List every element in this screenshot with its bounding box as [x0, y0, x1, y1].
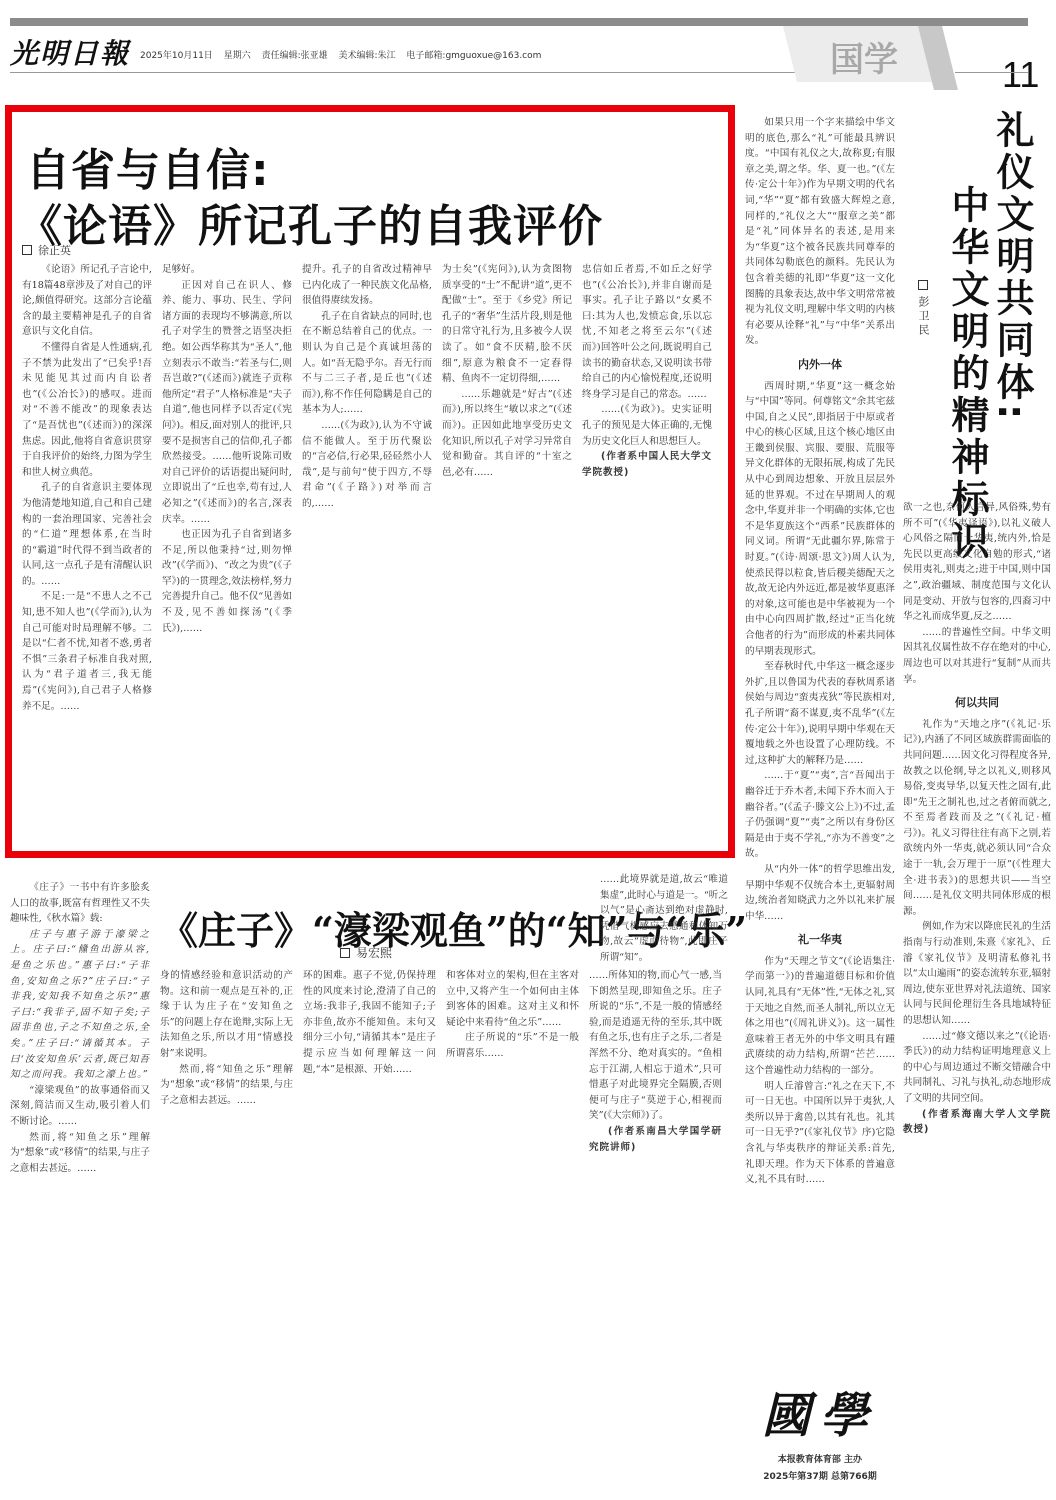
byline-box-icon — [22, 245, 32, 255]
paragraph: ……(《为政》),认为不守诚信不能做人。至于历代聚讼的“言必信,行必果,硁硁然小… — [302, 418, 432, 512]
article1-title-line2: 《论语》所记孔子的自我评价 — [18, 190, 603, 254]
paragraph: ……于“夏”“夷”,言“吾闻出于幽谷迁于乔木者,未闻下乔木而入于幽谷者。”(《孟… — [745, 768, 895, 862]
paragraph: 也正因为孔子自省到诸多不足,所以他秉持“过,则勿惮改”(《学而》)、“改之为贵”… — [162, 527, 292, 636]
quote-passage: 庄子与惠子游于濠梁之上。庄子曰:“儵鱼出游从容,是鱼之乐也。”惠子曰:“子非鱼,… — [10, 927, 150, 1083]
paragraph: 为士矣”(《宪问》),认为贪图物质享受的“士”不配讲“道”,更不配做“士”。至于… — [442, 262, 572, 387]
issue-date: 2025年10月11日 — [140, 51, 213, 61]
issue-number: 2025年第37期 总第766期 — [740, 1469, 900, 1482]
guoxue-calligraphy-logo: 國學 — [740, 1377, 900, 1446]
paragraph: 欲一之也,奈何人言异,风俗殊,势有所不可”(《华夷译语》),以礼义破人心风俗之隔… — [903, 500, 1051, 625]
article3-left-column: 如果只用一个字来描绘中华文明的底色,那么“礼”可能最具辨识度。“中国有礼仪之大,… — [745, 115, 895, 1495]
article1-columns: 《论语》所记孔子言论中,有18篇48章涉及了对自己的评论,颇值得研究。这部分言论… — [22, 262, 728, 847]
article2-upper-columns: ……此境界就是道,故云“唯道集虚”,此时心与道是一。“听之以气”是心斋达到绝对虚… — [600, 872, 740, 962]
paragraph: 然而,将“知鱼之乐”理解为“想象”或“移情”的结果,与庄子之意相去甚远。…… — [160, 1062, 293, 1109]
subhead-how-common: 何以共同 — [903, 695, 1051, 711]
article1-column: 忠信如丘者焉,不如丘之好学也”(《公冶长》),并非自谢而是事实。孔子让子路以“女… — [582, 262, 712, 847]
paragraph: 和客体对立的架构,但在主客对立中,又将产生一个如何由主体到客体的困难。这对主义和… — [446, 968, 579, 1030]
article3-author: 彭卫民 — [917, 296, 930, 338]
responsible-editor: 责任编辑:张亚雄 — [262, 51, 328, 61]
article1-author-credit: (作者系中国人民大学文学院教授) — [582, 449, 712, 480]
article3-right-column: 欲一之也,奈何人言异,风俗殊,势有所不可”(《华夷译语》),以礼义破人心风俗之隔… — [903, 500, 1051, 1490]
paragraph: “濠梁观鱼”的故事通俗而又深刻,简洁而又生动,吸引着人们不断讨论。…… — [10, 1083, 150, 1130]
article2-author-credit: (作者系南昌大学国学研究院讲师) — [589, 1124, 722, 1155]
article3-column: 如果只用一个字来描绘中华文明的底色,那么“礼”可能最具辨识度。“中国有礼仪之大,… — [745, 115, 895, 1495]
paragraph: ……此境界就是道,故云“唯道集虚”,此时心与道是一。“听之以气”是心斋达到绝对虚… — [600, 872, 728, 962]
article2-byline: 易宏熙 — [340, 944, 392, 961]
paragraph: 如果只用一个字来描绘中华文明的底色,那么“礼”可能最具辨识度。“中国有礼仪之大,… — [745, 115, 895, 349]
article-confucius-self-evaluation: 自省与自信: 《论语》所记孔子的自我评价 徐正英 《论语》所记孔子言论中,有18… — [5, 105, 735, 858]
byline-box-icon — [340, 948, 350, 958]
paragraph: 《庄子》一书中有许多脍炙人口的故事,既富有哲理性又不失趣味性,《秋水篇》载: — [10, 880, 150, 927]
page-number: 11 — [1002, 54, 1039, 96]
paragraph: 至春秋时代,中华这一概念逐步外扩,且以鲁国为代表的春秋周系诸侯始与周边“蛮夷戎狄… — [745, 659, 895, 768]
article2-column: ……此境界就是道,故云“唯道集虚”,此时心与道是一。“听之以气”是心斋达到绝对虚… — [600, 872, 728, 962]
article1-byline: 徐正英 — [22, 242, 71, 258]
paragraph: 例如,作为宋以降庶民礼的生活指南与行动准则,朱熹《家礼》、丘濬《家礼仪节》及明清… — [903, 919, 1051, 1028]
paragraph: 孔子在自省缺点的同时,也在不断总结着自己的优点。一则认为自己是个真诚坦荡的人。如… — [302, 309, 432, 418]
paragraph: ……过“修文德以来之”(《论语·季氏》)的动力结构证明地理意义上的中心与周边通过… — [903, 1029, 1051, 1107]
masthead: 光明日報 2025年10月11日 星期六 责任编辑:张亚雄 美术编辑:朱江 电子… — [10, 26, 1028, 74]
paragraph: ……所体知的物,而心气一感,当下朗然呈现,即知鱼之乐。庄子所说的“乐”,不是一般… — [589, 968, 722, 1124]
issue-weekday: 星期六 — [224, 51, 251, 61]
paragraph: 孔子的自省意识主要体现为他清楚地知道,自己和自己建构的一套治理国家、完善社会的“… — [22, 480, 152, 589]
paragraph: 庄子所说的“乐”不是一般所谓喜乐…… — [446, 1030, 579, 1061]
masthead-rule — [10, 72, 805, 73]
paragraph: 不足:一是“不患人之不己知,患不知人也”(《学而》),认为自己可能对时局理解不够… — [22, 589, 152, 714]
sponsor-line: 本报教育体育部 主办 — [740, 1452, 900, 1465]
paragraph: 身的情感经验和意识活动的产物。这和前一观点是互补的,正缘于认为庄子在“安知鱼之乐… — [160, 968, 293, 1062]
paragraph: 正因对自己在识人、修养、能力、事功、民生、学问诸方面的表现均不够满意,所以孔子对… — [162, 278, 292, 528]
paragraph: 足够好。 — [162, 262, 292, 278]
article2-intro-column: 《庄子》一书中有许多脍炙人口的故事,既富有哲理性又不失趣味性,《秋水篇》载: 庄… — [10, 880, 150, 1490]
article2-author: 易宏熙 — [356, 946, 392, 960]
article1-title-line1: 自省与自信: — [26, 134, 270, 198]
newspaper-logo: 光明日報 — [10, 32, 130, 72]
article1-column: 《论语》所记孔子言论中,有18篇48章涉及了对自己的评论,颇值得研究。这部分言论… — [22, 262, 152, 847]
paragraph: 然而,将“知鱼之乐”理解为“想象”或“移情”的结果,与庄子之意相去甚远。…… — [10, 1130, 150, 1177]
paragraph: 提升。孔子的自省改过精神早已内化成了一种民族文化品格,很值得赓续发扬。 — [302, 262, 432, 309]
article2-column: 和客体对立的架构,但在主客对立中,又将产生一个如何由主体到客体的困难。这对主义和… — [446, 968, 579, 1493]
paragraph: 礼作为“天地之序”(《礼记·乐记》),内涵了不同区域族群需面临的共同问题……因文… — [903, 717, 1051, 920]
paragraph: 环的困难。惠子不觉,仍保持理性的风度来讨论,澄清了自己的立场:我非子,我固不能知… — [303, 968, 436, 1077]
paragraph: 不懂得自省是人性通病,孔子不禁为此发出了“已矣乎!吾未见能见其过而内自讼者也”(… — [22, 340, 152, 480]
article2-column: 身的情感经验和意识活动的产物。这和前一观点是互补的,正缘于认为庄子在“安知鱼之乐… — [160, 968, 293, 1493]
article2-column: ……所体知的物,而心气一感,当下朗然呈现,即知鱼之乐。庄子所说的“乐”,不是一般… — [589, 968, 722, 1493]
article1-author: 徐正英 — [38, 244, 71, 257]
article3-column: 欲一之也,奈何人言异,风俗殊,势有所不可”(《华夷译语》),以礼义破人心风俗之隔… — [903, 500, 1051, 1490]
contact-email: 电子邮箱:gmguoxue@163.com — [406, 51, 541, 61]
masthead-bar — [10, 18, 1028, 26]
article1-column: 为士矣”(《宪问》),认为贪图物质享受的“士”不配讲“道”,更不配做“士”。至于… — [442, 262, 572, 847]
art-editor: 美术编辑:朱江 — [339, 51, 396, 61]
paragraph: 西周时期,“华夏”这一概念始与“中国”等同。何尊铭文“余其宅兹中国,自之乂民”,… — [745, 379, 895, 660]
article3-byline: 彭卫民 — [915, 280, 931, 338]
article2-column: 环的困难。惠子不觉,仍保持理性的风度来讨论,澄清了自己的立场:我非子,我固不能知… — [303, 968, 436, 1493]
paragraph: ……的普遍性空间。中华文明因其礼仪属性故不存在绝对的中心,周边也可以对其进行“复… — [903, 625, 1051, 687]
article2-intro: 《庄子》一书中有许多脍炙人口的故事,既富有哲理性又不失趣味性,《秋水篇》载: 庄… — [10, 880, 150, 1490]
byline-box-icon — [918, 280, 928, 290]
paragraph: 《论语》所记孔子言论中,有18篇48章涉及了对自己的评论,颇值得研究。这部分言论… — [22, 262, 152, 340]
section-tab: 国学 — [790, 26, 990, 90]
article3-author-credit: (作者系海南大学人文学院教授) — [903, 1107, 1051, 1138]
paragraph: 忠信如丘者焉,不如丘之好学也”(《公冶长》),并非自谢而是事实。孔子让子路以“女… — [582, 262, 712, 402]
guoxue-seal: 國學 本报教育体育部 主办 2025年第37期 总第766期 — [740, 1375, 900, 1495]
paragraph: 从“内外一体”的哲学思维出发,早期中华观不仅统合本土,更辐射周边,统治者知晓武力… — [745, 862, 895, 924]
paragraph: 明人丘濬曾言:“礼之在天下,不可一日无也。中国所以异于夷狄,人类所以异于禽兽,以… — [745, 1079, 895, 1188]
masthead-rule-right — [955, 72, 1028, 73]
paragraph: ……乐趣就是“好古”(《述而》),所以终生“敏以求之”(《述而》)。正因如此地享… — [442, 387, 572, 481]
article1-column: 提升。孔子的自省改过精神早已内化成了一种民族文化品格,很值得赓续发扬。 孔子在自… — [302, 262, 432, 847]
subhead-inner-outer: 内外一体 — [745, 357, 895, 373]
article1-column: 足够好。 正因对自己在识人、修养、能力、事功、民生、学问诸方面的表现均不够满意,… — [162, 262, 292, 847]
paragraph: 作为“天理之节文”(《论语集注·学而第一》)的普遍道德目标和价值认同,礼具有“无… — [745, 954, 895, 1079]
paragraph: ……(《为政》)。史实证明孔子的预见是大体正确的,无愧为历史文化巨人和思想巨人。 — [582, 402, 712, 449]
section-name: 国学 — [830, 32, 898, 81]
article2-columns: 身的情感经验和意识活动的产物。这和前一观点是互补的,正缘于认为庄子在“安知鱼之乐… — [160, 968, 728, 1493]
masthead-info: 2025年10月11日 星期六 责任编辑:张亚雄 美术编辑:朱江 电子邮箱:gm… — [140, 48, 549, 61]
subhead-li-huayi: 礼一华夷 — [745, 932, 895, 948]
